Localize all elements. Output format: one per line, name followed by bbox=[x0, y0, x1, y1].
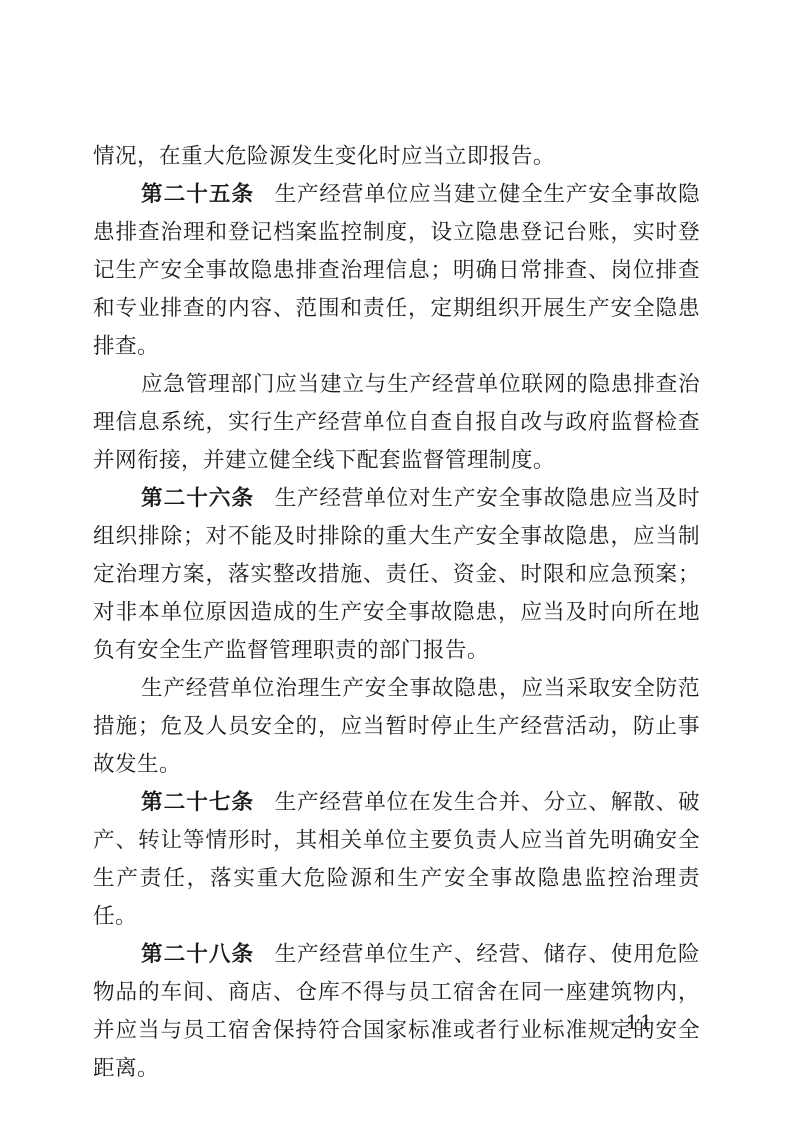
paragraph: 第二十五条生产经营单位应当建立健全生产安全事故隐患排查治理和登记档案监控制度，设… bbox=[93, 176, 700, 366]
paragraph: 应急管理部门应当建立与生产经营单位联网的隐患排查治理信息系统，实行生产经营单位自… bbox=[93, 366, 700, 480]
paragraph-text: 生产经营单位对生产安全事故隐患应当及时组织排除；对不能及时排除的重大生产安全事故… bbox=[93, 486, 700, 663]
paragraph: 生产经营单位治理生产安全事故隐患，应当采取安全防范措施；危及人员安全的，应当暂时… bbox=[93, 670, 700, 784]
document-page: 情况，在重大危险源发生变化时应当立即报告。第二十五条生产经营单位应当建立健全生产… bbox=[0, 0, 793, 1122]
paragraph: 第二十六条生产经营单位对生产安全事故隐患应当及时组织排除；对不能及时排除的重大生… bbox=[93, 480, 700, 670]
paragraph: 情况，在重大危险源发生变化时应当立即报告。 bbox=[93, 138, 700, 176]
article-number: 第二十五条 bbox=[141, 182, 254, 207]
paragraph-text: 应急管理部门应当建立与生产经营单位联网的隐患排查治理信息系统，实行生产经营单位自… bbox=[93, 372, 700, 473]
paragraph: 第二十七条生产经营单位在发生合并、分立、解散、破产、转让等情形时，其相关单位主要… bbox=[93, 784, 700, 936]
paragraph-text: 生产经营单位应当建立健全生产安全事故隐患排查治理和登记档案监控制度，设立隐患登记… bbox=[93, 182, 700, 359]
article-number: 第二十六条 bbox=[141, 486, 254, 511]
document-body: 情况，在重大危险源发生变化时应当立即报告。第二十五条生产经营单位应当建立健全生产… bbox=[93, 138, 700, 1088]
footer-dash-right: – bbox=[663, 1010, 673, 1034]
article-number: 第二十八条 bbox=[141, 942, 254, 967]
paragraph-text: 情况，在重大危险源发生变化时应当立即报告。 bbox=[93, 144, 555, 169]
article-number: 第二十七条 bbox=[141, 790, 254, 815]
page-footer: – 11 – bbox=[590, 1011, 690, 1035]
paragraph-text: 生产经营单位治理生产安全事故隐患，应当采取安全防范措施；危及人员安全的，应当暂时… bbox=[93, 676, 700, 777]
page-number: 11 bbox=[626, 1011, 655, 1035]
footer-dash-left: – bbox=[607, 1010, 617, 1034]
